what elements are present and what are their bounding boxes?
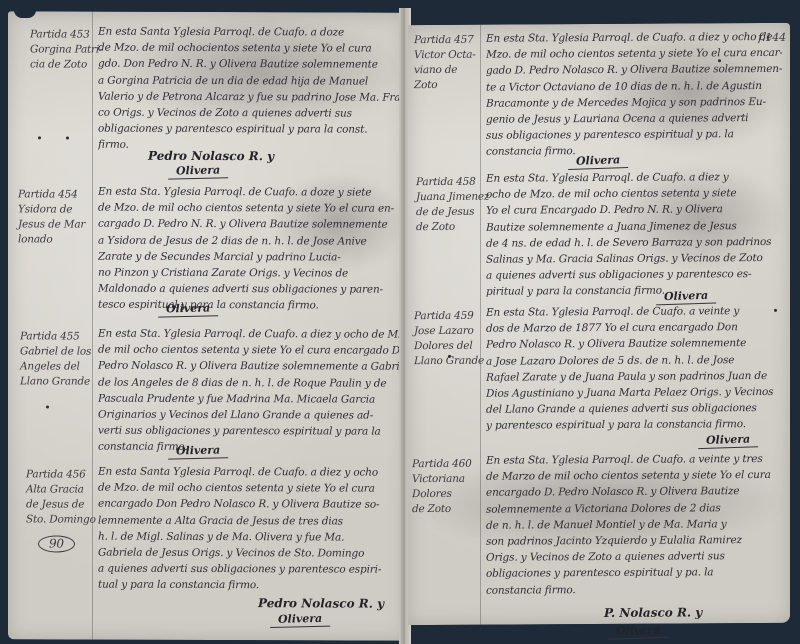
signature-pedro-nolasco: Pedro Nolasco R. y bbox=[148, 149, 274, 163]
margin-note-453: Partida 453 Gorgina Patri- cia de Zoto bbox=[30, 27, 102, 72]
signature-olivera: Olivera bbox=[168, 163, 229, 179]
entry-460-text: En esta Sta. Yglesia Parroql. de Cuafo. … bbox=[486, 451, 782, 599]
left-page: Partida 453 Gorgina Patri- cia de Zoto E… bbox=[8, 11, 406, 640]
signature-pedro-nolasco: P. Nolasco R. y bbox=[604, 605, 702, 620]
register-scan: Partida 453 Gorgina Patri- cia de Zoto E… bbox=[0, 0, 800, 644]
margin-note-458: Partida 458 Juana Jimenez de de Jesus de… bbox=[416, 175, 489, 235]
margin-note-455: Partida 455 Gabriel de los Angeles del L… bbox=[20, 329, 91, 389]
right-page: f.144 Partida 457 Victor Octa- viano de … bbox=[408, 23, 790, 625]
margin-note-454: Partida 454 Ysidora de Jesus de Mar lona… bbox=[18, 187, 85, 247]
margin-note-459: Partida 459 Jose Lazaro Dolores del Llan… bbox=[414, 309, 484, 369]
margin-rule bbox=[92, 12, 93, 640]
entry-457-text: En esta Sta. Yglesia Parroql. de Cuafo. … bbox=[486, 29, 782, 160]
margin-mark-90: 90 bbox=[38, 535, 75, 552]
margin-note-456: Partida 456 Alta Gracia de Jesus de Sto.… bbox=[26, 467, 96, 527]
signature-olivera: Olivera bbox=[568, 153, 629, 170]
margin-note-457: Partida 457 Victor Octa- viano de Zoto bbox=[414, 33, 476, 93]
entry-454-text: En esta Sta. Yglesia Parroql. de Cuafo. … bbox=[98, 184, 403, 315]
signature-olivera: Olivera bbox=[158, 301, 219, 317]
signature-pedro-nolasco: Pedro Nolasco R. y bbox=[258, 596, 384, 610]
entry-453-text: En esta Santa Yglesia Parroql. de Cuafo.… bbox=[98, 24, 403, 155]
entry-455-text: En esta Sta. Yglesia Parroql. de Cuafo. … bbox=[98, 326, 403, 457]
entry-458-text: En esta Sta. Yglesia Parroql. de Cuafo. … bbox=[486, 169, 782, 300]
signature-olivera: Olivera bbox=[168, 443, 229, 459]
entry-456-text: En esta Santa Yglesia Parroql. de Cuafo.… bbox=[98, 464, 403, 595]
entry-459-text: En esta Sta. Yglesia Parroql. de Cuafo. … bbox=[486, 303, 782, 434]
signature-olivera: Olivera bbox=[270, 612, 331, 628]
signature-olivera: Olivera bbox=[608, 623, 669, 640]
signature-olivera: Olivera bbox=[698, 432, 759, 449]
margin-note-460: Partida 460 Victoriana Dolores de Zoto bbox=[412, 457, 472, 517]
